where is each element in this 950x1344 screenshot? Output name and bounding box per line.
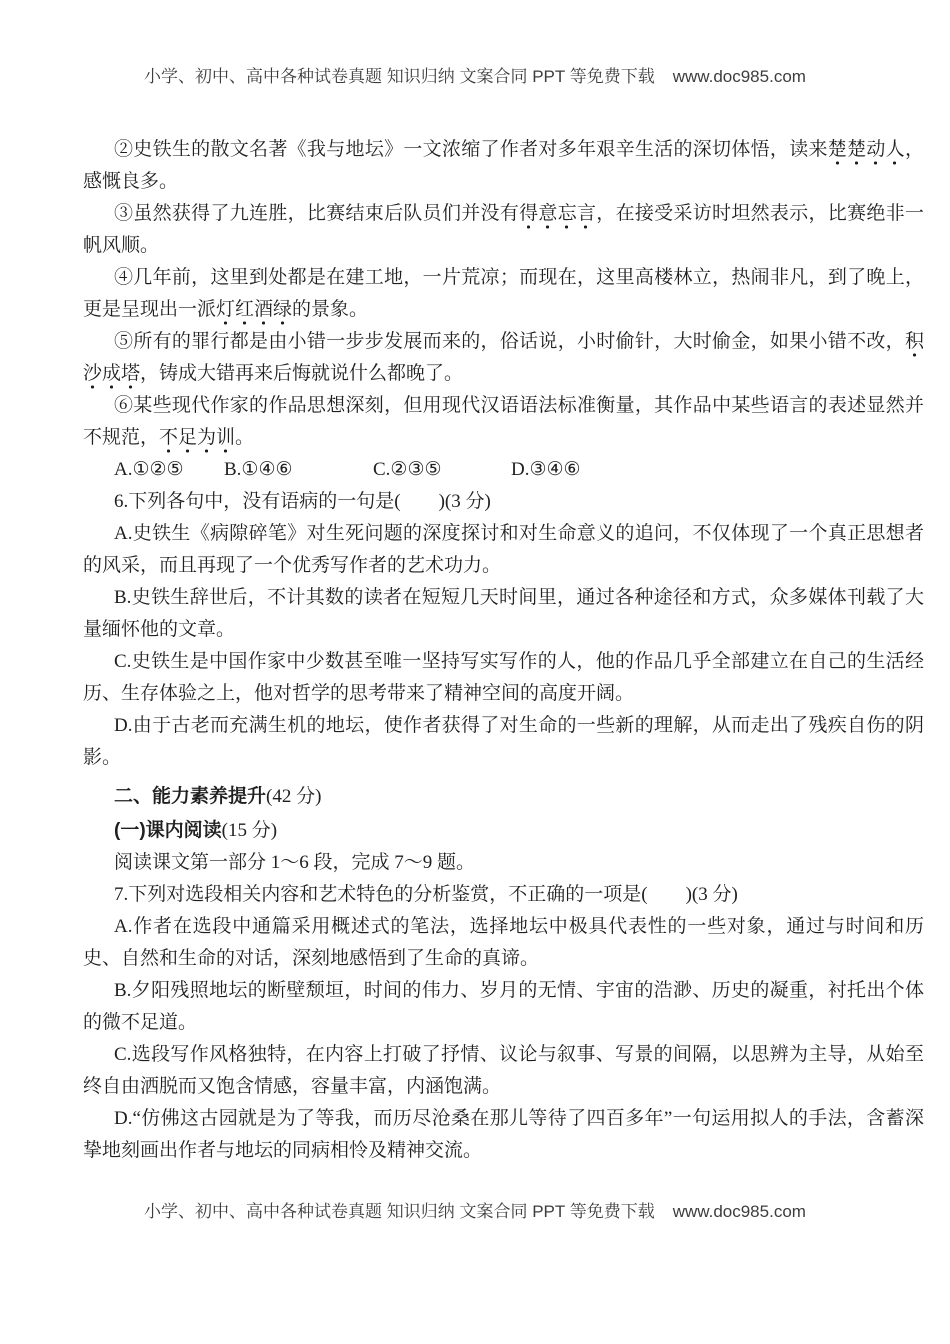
q6-option-b: B.史铁生辞世后，不计其数的读者在短短几天时间里，通过各种途径和方式，众多媒体刊… [83,582,924,646]
header-url: www.doc985.com [673,67,806,86]
q6-option-c: C.史铁生是中国作家中少数甚至唯一坚持写实写作的人，他的作品几乎全部建立在自己的… [83,646,924,710]
page-header: 小学、初中、高中各种试卷真题 知识归纳 文案合同 PPT 等免费下载www.do… [0,62,950,87]
sentence-5: ⑤所有的罪行都是由小错一步步发展而来的，俗话说，小时偷针，大时偷金，如果小错不改… [83,326,924,390]
heading-text: (一)课内阅读 [114,820,222,841]
emphasized-text: 楚楚动人 [828,139,905,165]
answer-option-b: B.①④⑥ [224,454,373,486]
text-segment: (15 分) [222,820,277,841]
sentence-2: ②史铁生的散文名著《我与地坛》一文浓缩了作者对多年艰辛生活的深切体悟，读来楚楚动… [83,134,924,198]
text-segment: 的景象。 [292,299,368,320]
text-segment: D.“仿佛这古园就是为了等我，而历尽沧桑在那儿等待了四百多年”一句运用拟人的手法… [83,1108,924,1161]
text-segment: B.夕阳残照地坛的断壁颓垣，时间的伟力、岁月的无情、宇宙的浩渺、历史的凝重，衬托… [83,980,924,1033]
sentence-6: ⑥某些现代作家的作品思想深刻，但用现代汉语语法标准衡量，其作品中某些语言的表述显… [83,390,924,454]
q7-option-c: C.选段写作风格独特，在内容上打破了抒情、议论与叙事、写景的间隔，以思辨为主导，… [83,1039,924,1103]
emphasized-text: 灯红酒绿 [216,299,292,325]
text-segment: C.史铁生是中国作家中少数甚至唯一坚持写实写作的人，他的作品几乎全部建立在自己的… [83,651,924,704]
header-text: 小学、初中、高中各种试卷真题 知识归纳 文案合同 PPT 等免费下载 [144,67,655,86]
sentence-3: ③虽然获得了九连胜，比赛结束后队员们并没有得意忘言，在接受采访时坦然表示，比赛绝… [83,198,924,262]
question-6-stem: 6.下列各句中，没有语病的一句是( )(3 分) [83,486,924,518]
text-segment: ②史铁生的散文名著《我与地坛》一文浓缩了作者对多年艰辛生活的深切体悟，读来 [114,139,828,160]
emphasized-text: 不足为训 [159,427,235,453]
text-segment: 。 [235,427,254,448]
emphasized-text: 得意忘言 [519,203,596,229]
section-heading: 二、能力素养提升(42 分) [83,781,924,813]
q7-option-a: A.作者在选段中通篇采用概述式的笔法，选择地坛中极具代表性的一些对象，通过与时间… [83,911,924,975]
text-segment: B.史铁生辞世后，不计其数的读者在短短几天时间里，通过各种途径和方式，众多媒体刊… [83,587,924,640]
q5-answer-options: A.①②⑤B.①④⑥C.②③⑤D.③④⑥ [83,454,924,486]
text-segment: ④几年前，这里到处都是在建工地，一片荒凉；而现在，这里高楼林立，热闹非凡，到了晚… [83,267,924,320]
q7-option-b: B.夕阳残照地坛的断壁颓垣，时间的伟力、岁月的无情、宇宙的浩渺、历史的凝重，衬托… [83,975,924,1039]
sentence-4: ④几年前，这里到处都是在建工地，一片荒凉；而现在，这里高楼林立，热闹非凡，到了晚… [83,262,924,326]
text-segment: C.选段写作风格独特，在内容上打破了抒情、议论与叙事、写景的间隔，以思辨为主导，… [83,1044,924,1097]
text-segment: D.由于古老而充满生机的地坛，使作者获得了对生命的一些新的理解，从而走出了残疾自… [83,715,924,768]
q6-option-a: A.史铁生《病隙碎笔》对生死问题的深度探讨和对生命意义的追问，不仅体现了一个真正… [83,518,924,582]
answer-option-d: D.③④⑥ [511,454,581,486]
q7-option-d: D.“仿佛这古园就是为了等我，而历尽沧桑在那儿等待了四百多年”一句运用拟人的手法… [83,1103,924,1167]
text-segment: 7.下列对选段相关内容和艺术特色的分析鉴赏，不正确的一项是( )(3 分) [114,884,738,905]
text-segment: 6.下列各句中，没有语病的一句是( )(3 分) [114,491,491,512]
question-7-stem: 7.下列对选段相关内容和艺术特色的分析鉴赏，不正确的一项是( )(3 分) [83,879,924,911]
text-segment: 阅读课文第一部分 1～6 段，完成 7～9 题。 [114,852,475,873]
footer-text: 小学、初中、高中各种试卷真题 知识归纳 文案合同 PPT 等免费下载 [144,1202,655,1221]
document-body: ②史铁生的散文名著《我与地坛》一文浓缩了作者对多年艰辛生活的深切体悟，读来楚楚动… [0,134,950,1167]
text-segment: ③虽然获得了九连胜，比赛结束后队员们并没有 [114,203,519,224]
text-segment: (42 分) [266,786,321,807]
subsection-heading: (一)课内阅读(15 分) [83,815,924,847]
heading-text: 二、能力素养提升 [114,786,266,807]
text-segment: A.史铁生《病隙碎笔》对生死问题的深度探讨和对生命意义的追问，不仅体现了一个真正… [83,523,924,576]
answer-option-a: A.①②⑤ [114,454,224,486]
text-segment: ⑤所有的罪行都是由小错一步步发展而来的，俗话说，小时偷针，大时偷金，如果小错不改… [114,331,905,352]
text-segment: A.作者在选段中通篇采用概述式的笔法，选择地坛中极具代表性的一些对象，通过与时间… [83,916,924,969]
reading-instruction: 阅读课文第一部分 1～6 段，完成 7～9 题。 [83,847,924,879]
page-footer: 小学、初中、高中各种试卷真题 知识归纳 文案合同 PPT 等免费下载www.do… [0,1197,950,1222]
answer-option-c: C.②③⑤ [373,454,511,486]
footer-url: www.doc985.com [673,1202,806,1221]
text-segment: ，铸成大错再来后悔就说什么都晚了。 [140,363,463,384]
q6-option-d: D.由于古老而充满生机的地坛，使作者获得了对生命的一些新的理解，从而走出了残疾自… [83,710,924,774]
